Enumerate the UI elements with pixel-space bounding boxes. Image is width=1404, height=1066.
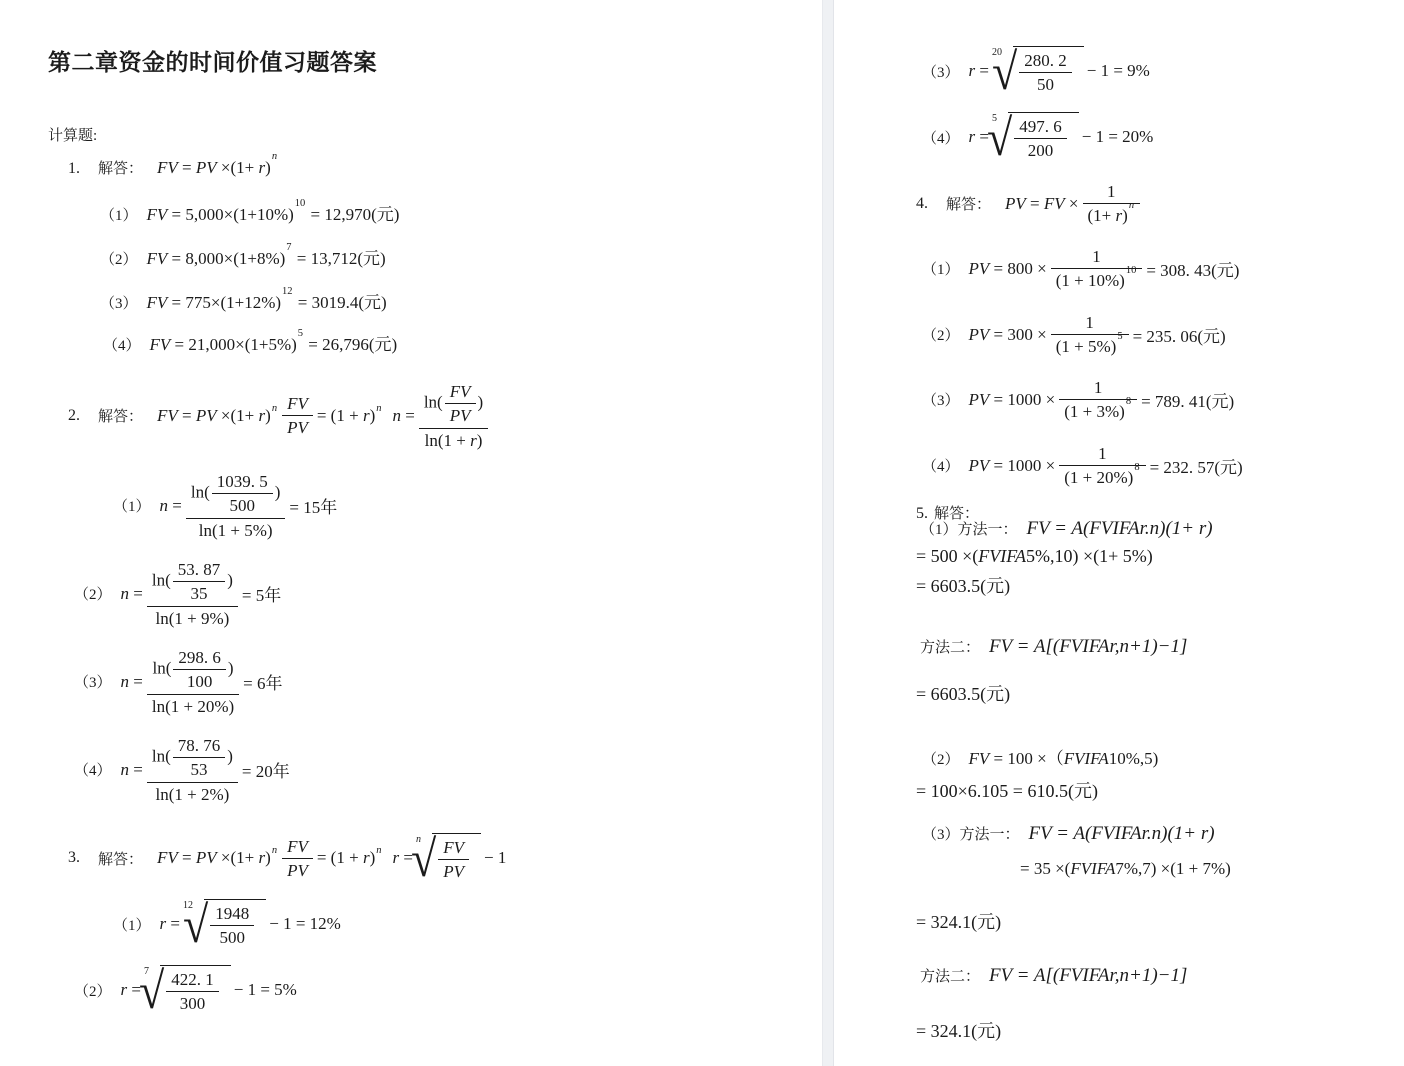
denominator: ln(1 + 9%) (147, 607, 238, 629)
ln-close: ) (227, 747, 233, 766)
formula-result: = 308. 43(元) (1146, 256, 1239, 281)
numerator: 497. 6 (1014, 116, 1067, 139)
item-tag: （1） (100, 208, 138, 224)
formula-body: r = (969, 61, 989, 81)
exponent: 7 (286, 242, 291, 253)
numerator: 422. 1 (166, 969, 219, 992)
fraction: FVPV (445, 381, 476, 427)
item-tag: （4） (922, 455, 960, 476)
denominator-body: (1 + 10%) (1056, 271, 1125, 290)
formula-body: n = (160, 496, 182, 516)
formula-result: − 1 = 5% (234, 980, 297, 1000)
formula: r = 7√422. 1300 − 1 = 5% (121, 965, 297, 1016)
q5-item3-row: （3）方法一：FV = A(FVIFAr.n)(1+ r) (922, 823, 1215, 845)
denominator-body: (1 + 3%) (1064, 402, 1125, 421)
formula-result: − 1 = 20% (1082, 127, 1154, 147)
exponent: 8 (1134, 462, 1139, 473)
denominator-body: (1 + 20%) (1064, 468, 1133, 487)
denominator: (1+ r)n (1083, 204, 1141, 226)
formula-body: = (1 + r) (317, 406, 375, 426)
item-tag: （1） (922, 258, 960, 279)
fraction: 280. 250 (1019, 50, 1072, 96)
numerator: 78. 76 (173, 735, 226, 758)
denominator: 35 (173, 582, 226, 604)
q3-item: （4） r = 5√497. 6200 − 1 = 20% (922, 112, 1153, 163)
solve-label: 解答： (98, 161, 143, 177)
formula-body: r = (392, 848, 412, 868)
item-tag: （2） (922, 324, 960, 345)
item-tag: （2） (74, 980, 112, 1001)
formula-result: − 1 = 12% (269, 914, 341, 934)
formula-body: PV = 1000 × (969, 390, 1056, 410)
page-right: （3） r = 20√280. 250 − 1 = 9% （4） r = 5√4… (834, 0, 1404, 1066)
formula-body: r = (160, 914, 180, 934)
formula: PV = 1000 × 1(1 + 3%)8 = 789. 41(元) (969, 377, 1235, 423)
formula: PV = 1000 × 1(1 + 20%)8 = 232. 57(元) (969, 443, 1243, 489)
formula: PV = 800 × 1(1 + 10%)10 = 308. 43(元) (969, 246, 1240, 292)
q2-item: （1） n = ln(1039. 5500)ln(1 + 5%) = 15年 (113, 471, 337, 541)
ln-open: ln( (152, 747, 171, 766)
formula-result: = 12,970(元) (306, 205, 399, 224)
formula-body: r = (121, 980, 141, 1000)
q4-item: （4） PV = 1000 × 1(1 + 20%)8 = 232. 57(元) (922, 443, 1243, 489)
exponent: 10 (295, 198, 306, 209)
item-tag: （1） (113, 914, 151, 935)
q5-item3-line2: = 35 ×(FVIFA7%,7) ×(1 + 7%) (1020, 859, 1231, 879)
denominator: PV (282, 859, 313, 881)
formula-result: = 20年 (242, 757, 290, 782)
formula-body: FV = PV ×(1+ r) (157, 848, 271, 868)
formula-body: PV = 800 × (969, 259, 1047, 279)
formula: FV = PV ×(1+ r)n (157, 158, 278, 177)
denominator: 50 (1019, 73, 1072, 95)
q5-method2-result: = 6603.5(元) (916, 680, 1010, 706)
formula-result: = 789. 41(元) (1141, 387, 1234, 412)
numerator: FV (282, 393, 313, 416)
formula-result: − 1 (484, 848, 506, 868)
exponent: 5 (298, 328, 303, 339)
method-tag: （1）方法一： (920, 522, 1018, 538)
item-tag: （3） (922, 61, 960, 82)
fraction: ln(78. 7653)ln(1 + 2%) (147, 735, 238, 805)
exponent: 10 (1126, 265, 1137, 276)
radical-sign: √ (411, 832, 436, 884)
exponent: n (272, 151, 277, 162)
exponent: 5 (1117, 331, 1122, 342)
item-tag: （4） (103, 338, 141, 354)
formula-body: FV = PV ×(1+ r) (157, 158, 271, 177)
formula-body: n = (392, 406, 414, 426)
numerator: FV (438, 837, 469, 860)
q5-item2-result: = 100×6.105 = 610.5(元) (916, 777, 1098, 803)
denominator: (1 + 5%)5 (1051, 335, 1129, 357)
q3-item: （1） r = 12√1948500 − 1 = 12% (113, 899, 341, 950)
q5-item3-method2-result: = 324.1(元) (916, 1017, 1001, 1043)
page-gutter (822, 0, 834, 1066)
formula: n = ln(78. 7653)ln(1 + 2%) = 20年 (121, 735, 290, 805)
formula-result: = 5年 (242, 581, 281, 606)
q5-item3-result: = 324.1(元) (916, 908, 1001, 934)
item-tag: （3） (922, 389, 960, 410)
fraction: 1039. 5500 (212, 471, 273, 517)
item-tag: （2） (74, 583, 112, 604)
radical: 20√280. 250 (992, 46, 1084, 97)
radicand: 1948500 (204, 899, 266, 950)
numerator: 280. 2 (1019, 50, 1072, 73)
formula-result: = 26,796(元) (304, 335, 397, 354)
formula-body: FV = PV ×(1+ r) (157, 406, 271, 426)
ln-open: ln( (152, 659, 171, 678)
numerator: 1039. 5 (212, 471, 273, 494)
q2-item: （2） n = ln(53. 8735)ln(1 + 9%) = 5年 (74, 559, 281, 629)
fraction: ln(298. 6100)ln(1 + 20%) (147, 647, 239, 717)
formula-body: = (1 + r) (317, 848, 375, 868)
formula-body: PV = FV × (1005, 194, 1079, 214)
numerator: FV (282, 836, 313, 859)
formula-body: r = (969, 127, 989, 147)
formula: FV = 100 ×（FVIFA10%,5) (969, 749, 1159, 768)
method-tag: （3）方法一： (922, 827, 1020, 843)
formula-result: = 235. 06(元) (1133, 322, 1226, 347)
radical: 5√497. 6200 (992, 112, 1079, 163)
numerator: ln(53. 8735) (147, 559, 238, 607)
q5-item3-method2-row: 方法二：FV = A[(FVIFAr,n+1)−1] (920, 965, 1187, 987)
formula: n = ln(298. 6100)ln(1 + 20%) = 6年 (121, 647, 283, 717)
q2-head: 2.解答： FV = PV ×(1+ r)n FVPV = (1 + r)n n… (68, 381, 492, 451)
radical-sign: √ (139, 964, 164, 1016)
formula-body: FV = 8,000×(1+8%) (147, 249, 286, 268)
q3-item: （3） r = 20√280. 250 − 1 = 9% (922, 46, 1150, 97)
fraction: 1(1 + 5%)5 (1051, 312, 1129, 358)
formula: FV = A(FVIFAr.n)(1+ r) (1027, 518, 1213, 539)
denominator: PV (282, 416, 313, 438)
item-tag: （4） (922, 127, 960, 148)
formula: FV = A[(FVIFAr,n+1)−1] (989, 965, 1187, 986)
document-viewer: 第二章资金的时间价值习题答案 计算题: 1.解答：FV = PV ×(1+ r)… (0, 0, 1404, 1066)
denominator: 300 (166, 992, 219, 1014)
fraction: 1(1 + 3%)8 (1059, 377, 1137, 423)
formula: FV = 8,000×(1+8%)7 = 13,712(元) (147, 249, 386, 268)
q2-item: （3） n = ln(298. 6100)ln(1 + 20%) = 6年 (74, 647, 283, 717)
fraction: 78. 7653 (173, 735, 226, 781)
q4-item: （2） PV = 300 × 1(1 + 5%)5 = 235. 06(元) (922, 312, 1226, 358)
exponent: n (1129, 200, 1134, 211)
fraction: 298. 6100 (173, 647, 226, 693)
formula: r = 12√1948500 − 1 = 12% (160, 899, 341, 950)
root-index: 12 (183, 900, 193, 911)
formula: r = 20√280. 250 − 1 = 9% (969, 46, 1150, 97)
ln-close: ) (228, 659, 234, 678)
formula: FV = PV ×(1+ r)n FVPV = (1 + r)n r = n√F… (157, 833, 506, 884)
fraction: 422. 1300 (166, 969, 219, 1015)
denominator: PV (445, 404, 476, 426)
formula-body: FV = 21,000×(1+5%) (150, 335, 297, 354)
radical-sign: √ (987, 111, 1012, 163)
q1-item: （4）FV = 21,000×(1+5%)5 = 26,796(元) (103, 330, 397, 355)
q1-item: （3）FV = 775×(1+12%)12 = 3019.4(元) (100, 288, 387, 313)
formula-body: PV = 300 × (969, 325, 1047, 345)
formula-body: PV = 1000 × (969, 456, 1056, 476)
denominator-body: (1+ r) (1088, 206, 1128, 225)
numerator: FV (445, 381, 476, 404)
formula: r = 5√497. 6200 − 1 = 20% (969, 112, 1154, 163)
denominator: 500 (212, 494, 273, 516)
q1-item: （2）FV = 8,000×(1+8%)7 = 13,712(元) (100, 244, 386, 269)
denominator: ln(1 + 20%) (147, 695, 239, 717)
numerator: ln(298. 6100) (147, 647, 239, 695)
radicand: 422. 1300 (160, 965, 231, 1016)
denominator: 100 (173, 670, 226, 692)
denominator: (1 + 10%)10 (1051, 269, 1143, 291)
fraction: FVPV (438, 837, 469, 883)
solve-label: 解答： (98, 405, 143, 426)
formula: PV = FV ×1(1+ r)n (1005, 181, 1144, 227)
formula-result: = 232. 57(元) (1150, 453, 1243, 478)
numerator: ln(78. 7653) (147, 735, 238, 783)
page-left: 第二章资金的时间价值习题答案 计算题: 1.解答：FV = PV ×(1+ r)… (0, 0, 822, 1066)
denominator-body: (1 + 5%) (1056, 337, 1117, 356)
denominator: 500 (210, 926, 254, 948)
formula-body: FV = 775×(1+12%) (147, 293, 282, 312)
formula: n = ln(53. 8735)ln(1 + 9%) = 5年 (121, 559, 282, 629)
formula-result: = 15年 (289, 493, 337, 518)
radicand: 497. 6200 (1008, 112, 1079, 163)
formula-body: FV = 5,000×(1+10%) (147, 205, 294, 224)
root-index: 7 (144, 966, 149, 977)
fraction: 1(1 + 20%)8 (1059, 443, 1145, 489)
q4-item: （1） PV = 800 × 1(1 + 10%)10 = 308. 43(元) (922, 246, 1239, 292)
ln-open: ln( (424, 393, 443, 412)
q5-method1-result: = 6603.5(元) (916, 572, 1010, 598)
formula: FV = 21,000×(1+5%)5 = 26,796(元) (150, 335, 398, 354)
q5-method2-row: 方法二：FV = A[(FVIFAr,n+1)−1] (920, 636, 1187, 658)
item-tag: （3） (74, 671, 112, 692)
exponent: 8 (1126, 396, 1131, 407)
fraction: FVPV (282, 393, 313, 439)
fraction: ln(53. 8735)ln(1 + 9%) (147, 559, 238, 629)
question-number: 2. (68, 407, 80, 425)
item-tag: （3） (100, 296, 138, 312)
solve-label: 解答： (946, 193, 991, 214)
page-title: 第二章资金的时间价值习题答案 (48, 44, 377, 77)
radical: n√FVPV (416, 833, 481, 884)
ln-open: ln( (191, 483, 210, 502)
question-number: 1. (68, 160, 80, 177)
denominator: (1 + 20%)8 (1059, 466, 1145, 488)
ln-close: ) (227, 571, 233, 590)
item-tag: （4） (74, 759, 112, 780)
denominator: PV (438, 860, 469, 882)
root-index: 5 (992, 113, 997, 124)
q1-item: （1）FV = 5,000×(1+10%)10 = 12,970(元) (100, 200, 399, 225)
numerator: 53. 87 (173, 559, 226, 582)
formula: FV = PV ×(1+ r)n FVPV = (1 + r)n n = ln(… (157, 381, 492, 451)
formula: FV = A(FVIFAr.n)(1+ r) (1029, 823, 1215, 844)
ln-open: ln( (152, 571, 171, 590)
section-label: 计算题: (48, 124, 97, 145)
fraction: FVPV (282, 836, 313, 882)
solve-label: 解答： (98, 848, 143, 869)
radical: 7√422. 1300 (144, 965, 231, 1016)
numerator: 1948 (210, 903, 254, 926)
q2-item: （4） n = ln(78. 7653)ln(1 + 2%) = 20年 (74, 735, 290, 805)
q5-method1-row: （1）方法一：FV = A(FVIFAr.n)(1+ r) (920, 518, 1213, 540)
q5-method1-line2: = 500 ×(FVIFA5%,10) ×(1+ 5%) (916, 546, 1153, 567)
formula-result: = 3019.4(元) (294, 293, 387, 312)
fraction: ln(1039. 5500)ln(1 + 5%) (186, 471, 286, 541)
denominator: ln(1 + 5%) (186, 519, 286, 541)
method-tag: 方法二： (920, 640, 980, 656)
radicand: FVPV (432, 833, 481, 884)
numerator: 1 (1059, 443, 1145, 466)
fraction: 53. 8735 (173, 559, 226, 605)
formula-result: − 1 = 9% (1087, 61, 1150, 81)
numerator: ln(1039. 5500) (186, 471, 286, 519)
q1-head: 1.解答：FV = PV ×(1+ r)n (68, 157, 278, 178)
fraction: 1(1 + 10%)10 (1051, 246, 1143, 292)
question-number: 3. (68, 849, 80, 867)
root-index: n (416, 834, 421, 845)
exponent: 12 (282, 286, 293, 297)
q4-item: （3） PV = 1000 × 1(1 + 3%)8 = 789. 41(元) (922, 377, 1234, 423)
denominator: 200 (1014, 139, 1067, 161)
question-number: 4. (916, 195, 928, 213)
formula: n = ln(1039. 5500)ln(1 + 5%) = 15年 (160, 471, 338, 541)
numerator: 298. 6 (173, 647, 226, 670)
formula: FV = 775×(1+12%)12 = 3019.4(元) (147, 293, 387, 312)
q3-head: 3.解答： FV = PV ×(1+ r)n FVPV = (1 + r)n r… (68, 833, 506, 884)
denominator: 53 (173, 758, 226, 780)
fraction: 1(1+ r)n (1083, 181, 1141, 227)
numerator: ln(FVPV) (419, 381, 488, 429)
fraction: 497. 6200 (1014, 116, 1067, 162)
formula-body: n = (121, 760, 143, 780)
formula-body: n = (121, 672, 143, 692)
radical: 12√1948500 (183, 899, 266, 950)
formula: FV = A[(FVIFAr,n+1)−1] (989, 636, 1187, 657)
fraction: ln(FVPV) ln(1 + r) (419, 381, 488, 451)
ln-close: ) (275, 483, 281, 502)
q3-item: （2） r = 7√422. 1300 − 1 = 5% (74, 965, 297, 1016)
formula-body: n = (121, 584, 143, 604)
q5-item2-row: （2）FV = 100 ×（FVIFA10%,5) (922, 744, 1158, 769)
root-index: 20 (992, 47, 1002, 58)
ln-close: ) (478, 393, 484, 412)
item-tag: （2） (100, 252, 138, 268)
formula: FV = 5,000×(1+10%)10 = 12,970(元) (147, 205, 400, 224)
radicand: 280. 250 (1013, 46, 1084, 97)
formula-result: = 6年 (243, 669, 282, 694)
formula-result: = 13,712(元) (293, 249, 386, 268)
method-tag: 方法二： (920, 969, 980, 985)
fraction: 1948500 (210, 903, 254, 949)
q4-head: 4.解答： PV = FV ×1(1+ r)n (916, 181, 1144, 227)
item-tag: （1） (113, 495, 151, 516)
item-tag: （2） (922, 752, 960, 768)
denominator: ln(1 + r) (419, 429, 488, 451)
denominator: ln(1 + 2%) (147, 783, 238, 805)
formula: PV = 300 × 1(1 + 5%)5 = 235. 06(元) (969, 312, 1226, 358)
denominator: (1 + 3%)8 (1059, 400, 1137, 422)
